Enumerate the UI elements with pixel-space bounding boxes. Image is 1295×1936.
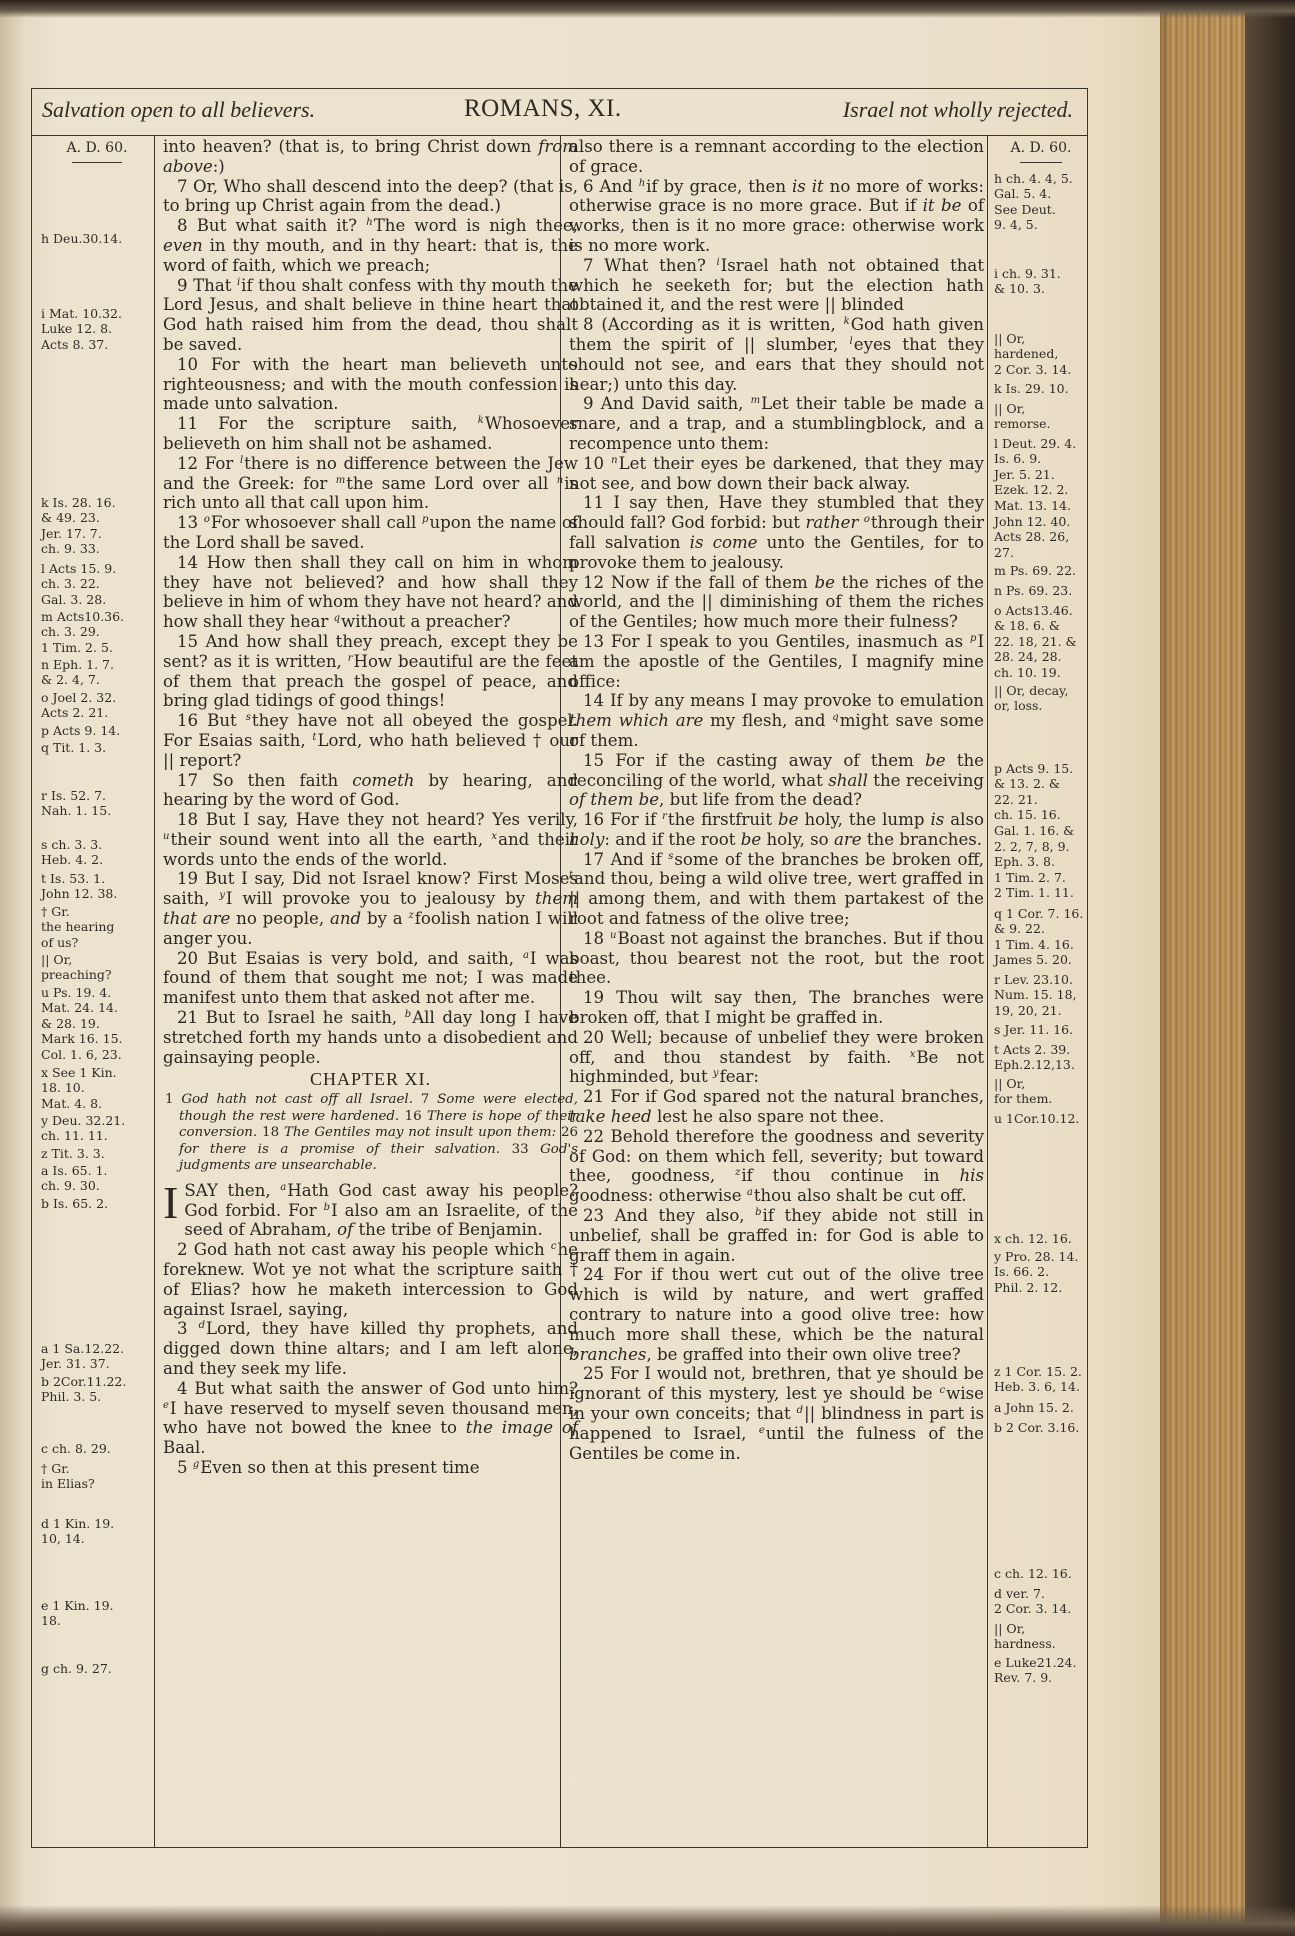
cross-reference: c ch. 12. 16. [994, 1566, 1072, 1582]
verse-10-8: 8 But what saith it? hThe word is nigh t… [163, 216, 578, 275]
cross-reference: l Acts 15. 9. ch. 3. 22. Gal. 3. 28. [41, 561, 116, 608]
cross-reference: t Acts 2. 39. Eph.2.12,13. [994, 1042, 1075, 1073]
verse-11-14: 14 If by any means I may provoke to emul… [569, 691, 984, 750]
cross-reference: u 1Cor.10.12. [994, 1111, 1079, 1127]
date-label: A. D. 60. [994, 141, 1088, 163]
verse-11-19: 19 Thou wilt say then, The branches were… [569, 988, 984, 1028]
verse-11-23: 23 And they also, bif they abide not sti… [569, 1206, 984, 1265]
verse-10-16: 16 But sthey have not all obeyed the gos… [163, 711, 578, 770]
header-left-caption: Salvation open to all believers. [42, 97, 315, 123]
cross-reference: x ch. 12. 16. [994, 1231, 1072, 1247]
verse-11-3: 3 dLord, they have killed thy prophets, … [163, 1319, 578, 1378]
cross-reference: z Tit. 3. 3. [41, 1146, 105, 1162]
cross-reference: || Or, decay, or, loss. [994, 683, 1068, 714]
cross-reference: e Luke21.24. Rev. 7. 9. [994, 1655, 1076, 1686]
verse-11-11: 11 I say then, Have they stumbled that t… [569, 493, 984, 572]
cross-reference: m Ps. 69. 22. [994, 563, 1076, 579]
divider-left-margin [154, 135, 155, 1847]
verse-10-18: 18 But I say, Have they not heard? Yes v… [163, 810, 578, 869]
cross-reference: y Pro. 28. 14. Is. 66. 2. Phil. 2. 12. [994, 1249, 1078, 1296]
text-frame: Salvation open to all believers. ROMANS,… [31, 88, 1088, 1848]
gilt-page-edges [1160, 0, 1245, 1936]
verse-11-16: 16 For if rthe firstfruit be holy, the l… [569, 810, 984, 850]
verse-11-22: 22 Behold therefore the goodness and sev… [569, 1127, 984, 1206]
verse-11-9: 9 And David saith, mLet their table be m… [569, 394, 984, 453]
verse-11-1: I SAY then, aHath God cast away his peop… [163, 1181, 578, 1240]
cross-reference: s ch. 3. 3. Heb. 4. 2. [41, 837, 103, 868]
cross-reference: h ch. 4. 4, 5. Gal. 5. 4. See Deut. 9. 4… [994, 171, 1073, 233]
cross-reference: i ch. 9. 31. & 10. 3. [994, 266, 1061, 297]
cross-reference: d ver. 7. 2 Cor. 3. 14. [994, 1586, 1071, 1617]
right-margin-references: A. D. 60. h ch. 4. 4, 5. Gal. 5. 4. See … [994, 141, 1088, 171]
chapter-summary: 1 God hath not cast off all Israel. 7 So… [163, 1092, 578, 1175]
cross-reference: a Is. 65. 1. ch. 9. 30. [41, 1163, 108, 1194]
top-shadow [0, 0, 1295, 18]
verse-10-21: 21 But to Israel he saith, bAll day long… [163, 1008, 578, 1067]
left-margin-references: A. D. 60. h Deu.30.14.i Mat. 10.32. Luke… [41, 141, 153, 171]
chapter-heading: CHAPTER XI. [163, 1070, 578, 1090]
cross-reference: o Joel 2. 32. Acts 2. 21. [41, 690, 116, 721]
verse-11-4: 4 But what saith the answer of God unto … [163, 1379, 578, 1458]
verse-11-6: 6 And hif by grace, then is it no more o… [569, 177, 984, 256]
verse-11-15: 15 For if the casting away of them be th… [569, 751, 984, 810]
cross-reference: g ch. 9. 27. [41, 1661, 112, 1677]
text-column-1: into heaven? (that is, to bring Christ d… [163, 137, 578, 1478]
verse-11-25: 25 For I would not, brethren, that ye sh… [569, 1364, 984, 1463]
verse-11-7: 7 What then? iIsrael hath not obtained t… [569, 256, 984, 315]
verse-10-7: 7 Or, Who shall descend into the deep? (… [163, 177, 578, 217]
verse-11-8: 8 (According as it is written, kGod hath… [569, 315, 984, 394]
date-label: A. D. 60. [41, 141, 153, 163]
cross-reference: p Acts 9. 14. [41, 723, 120, 739]
cross-reference: l Deut. 29. 4. Is. 6. 9. Jer. 5. 21. Eze… [994, 436, 1076, 561]
cross-reference: u Ps. 19. 4. Mat. 24. 14. & 28. 19. Mark… [41, 985, 123, 1063]
cross-reference: † Gr. the hearing of us? [41, 904, 114, 951]
cross-reference: b Is. 65. 2. [41, 1196, 108, 1212]
verse-10-13: 13 oFor whosoever shall call pupon the n… [163, 513, 578, 553]
cross-reference: t Is. 53. 1. John 12. 38. [41, 871, 117, 902]
cross-reference: p Acts 9. 15. & 13. 2. & 22. 21. ch. 15.… [994, 761, 1074, 901]
cross-reference: c ch. 8. 29. [41, 1441, 111, 1457]
divider-right-margin [987, 135, 988, 1847]
bottom-shadow [0, 1905, 1295, 1936]
cross-reference: n Eph. 1. 7. & 2. 4, 7. [41, 657, 114, 688]
cross-reference: e 1 Kin. 19. 18. [41, 1598, 114, 1629]
verse-11-5-cont: also there is a remnant according to the… [569, 137, 984, 177]
verse-10-17: 17 So then faith cometh by hearing, and … [163, 771, 578, 811]
text-column-2: also there is a remnant according to the… [569, 137, 984, 1463]
cross-reference: i Mat. 10.32. Luke 12. 8. Acts 8. 37. [41, 306, 122, 353]
running-header: Salvation open to all believers. ROMANS,… [32, 89, 1087, 136]
cross-reference: q Tit. 1. 3. [41, 740, 106, 756]
cross-reference: r Lev. 23.10. Num. 15. 18, 19, 20, 21. [994, 972, 1077, 1019]
verse-11-24: 24 For if thou wert cut out of the olive… [569, 1265, 984, 1364]
verse-10-19: 19 But I say, Did not Israel know? First… [163, 869, 578, 948]
cross-reference: k Is. 29. 10. [994, 381, 1069, 397]
cross-reference: o Acts13.46. & 18. 6. & 22. 18, 21. & 28… [994, 603, 1077, 681]
cross-reference: || Or, remorse. [994, 401, 1051, 432]
drop-cap: I [163, 1183, 178, 1223]
cross-reference: || Or, preaching? [41, 952, 112, 983]
cross-reference: † Gr. in Elias? [41, 1461, 95, 1492]
cross-reference: b 2Cor.11.22. Phil. 3. 5. [41, 1374, 126, 1405]
cross-reference: k Is. 28. 16. & 49. 23. Jer. 17. 7. ch. … [41, 495, 116, 557]
verse-11-13: 13 For I speak to you Gentiles, inasmuch… [569, 632, 984, 691]
cross-reference: || Or, for them. [994, 1076, 1052, 1107]
verse-10-11: 11 For the scripture saith, kWhosoever b… [163, 414, 578, 454]
verse-11-12: 12 Now if the fall of them be the riches… [569, 573, 984, 632]
cross-reference: q 1 Cor. 7. 16. & 9. 22. 1 Tim. 4. 16. J… [994, 906, 1083, 968]
verse-11-5: 5 gEven so then at this present time [163, 1458, 578, 1478]
cross-reference: a 1 Sa.12.22. Jer. 31. 37. [41, 1341, 124, 1372]
header-book-chapter: ROMANS, XI. [464, 95, 622, 123]
verse-10-12: 12 For lthere is no difference between t… [163, 454, 578, 513]
verse-11-10: 10 nLet their eyes be darkened, that the… [569, 454, 984, 494]
cross-reference: s Jer. 11. 16. [994, 1022, 1073, 1038]
verse-11-2: 2 God hath not cast away his people whic… [163, 1240, 578, 1319]
verse-10-15: 15 And how shall they preach, except the… [163, 632, 578, 711]
cross-reference: b 2 Cor. 3.16. [994, 1420, 1079, 1436]
cross-reference: d 1 Kin. 19. 10, 14. [41, 1516, 114, 1547]
header-right-caption: Israel not wholly rejected. [843, 97, 1073, 123]
cross-reference: h Deu.30.14. [41, 231, 122, 247]
cross-reference: r Is. 52. 7. Nah. 1. 15. [41, 788, 111, 819]
verse-10-9: 9 That iif thou shalt confess with thy m… [163, 276, 578, 355]
verse-10-14: 14 How then shall they call on him in wh… [163, 553, 578, 632]
cross-reference: z 1 Cor. 15. 2. Heb. 3. 6, 14. [994, 1364, 1082, 1395]
cross-reference: y Deu. 32.21. ch. 11. 11. [41, 1113, 125, 1144]
verse-10-6-cont: into heaven? (that is, to bring Christ d… [163, 137, 578, 177]
verse-11-17: 17 And if ssome of the branches be broke… [569, 850, 984, 929]
cross-reference: m Acts10.36. ch. 3. 29. 1 Tim. 2. 5. [41, 609, 124, 656]
cross-reference: || Or, hardened, 2 Cor. 3. 14. [994, 331, 1071, 378]
verse-11-21: 21 For if God spared not the natural bra… [569, 1087, 984, 1127]
book-cover-edge [1245, 0, 1295, 1936]
cross-reference: x See 1 Kin. 18. 10. Mat. 4. 8. [41, 1065, 117, 1112]
verse-10-20: 20 But Esaias is very bold, and saith, a… [163, 949, 578, 1008]
cross-reference: || Or, hardness. [994, 1621, 1056, 1652]
verse-11-18: 18 uBoast not against the branches. But … [569, 929, 984, 988]
cross-reference: a John 15. 2. [994, 1400, 1074, 1416]
verse-11-20: 20 Well; because of unbelief they were b… [569, 1028, 984, 1087]
cross-reference: n Ps. 69. 23. [994, 583, 1072, 599]
verse-10-10: 10 For with the heart man believeth unto… [163, 355, 578, 414]
